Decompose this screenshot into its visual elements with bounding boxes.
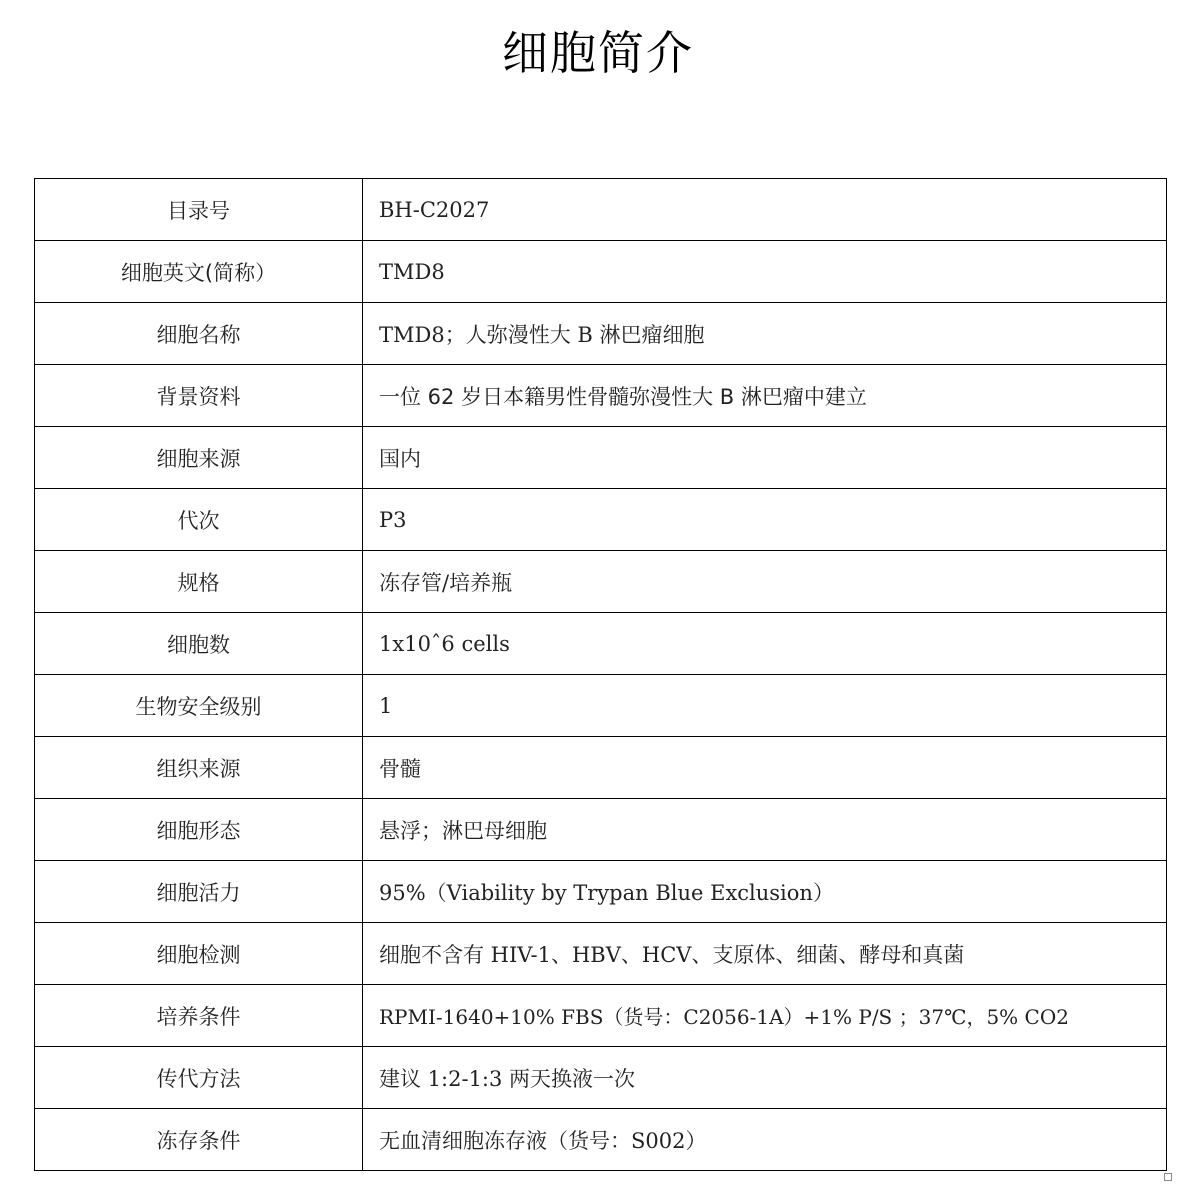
row-label: 细胞来源 <box>35 427 363 489</box>
row-label: 细胞英文(简称） <box>35 241 363 303</box>
cell-info-table: 目录号 BH-C2027 细胞英文(简称） TMD8 细胞名称 TMD8；人弥漫… <box>34 178 1167 1171</box>
row-value: 95%（Viability by Trypan Blue Exclusion） <box>363 861 1167 923</box>
table-row-culture-conditions: 培养条件 RPMI-1640+10% FBS（货号：C2056-1A）+1% P… <box>35 985 1167 1047</box>
row-label: 细胞形态 <box>35 799 363 861</box>
table-row-viability: 细胞活力 95%（Viability by Trypan Blue Exclus… <box>35 861 1167 923</box>
row-value: TMD8；人弥漫性大 B 淋巴瘤细胞 <box>363 303 1167 365</box>
row-value: 1 <box>363 675 1167 737</box>
table-row-passage-method: 传代方法 建议 1:2-1:3 两天换液一次 <box>35 1047 1167 1109</box>
row-label: 细胞活力 <box>35 861 363 923</box>
table-row-cell-source: 细胞来源 国内 <box>35 427 1167 489</box>
row-label: 细胞检测 <box>35 923 363 985</box>
row-value: RPMI-1640+10% FBS（货号：C2056-1A）+1% P/S ；3… <box>363 985 1167 1047</box>
row-label: 传代方法 <box>35 1047 363 1109</box>
row-value: 国内 <box>363 427 1167 489</box>
table-row-cell-count: 细胞数 1x10ˆ6 cells <box>35 613 1167 675</box>
row-value: 1x10ˆ6 cells <box>363 613 1167 675</box>
row-value: 建议 1:2-1:3 两天换液一次 <box>363 1047 1167 1109</box>
row-value: 冻存管/培养瓶 <box>363 551 1167 613</box>
table-row-background: 背景资料 一位 62 岁日本籍男性骨髓弥漫性大 B 淋巴瘤中建立 <box>35 365 1167 427</box>
table-row-testing: 细胞检测 细胞不含有 HIV-1、HBV、HCV、支原体、细菌、酵母和真菌 <box>35 923 1167 985</box>
row-value: BH-C2027 <box>363 179 1167 241</box>
row-label: 目录号 <box>35 179 363 241</box>
table-row-specification: 规格 冻存管/培养瓶 <box>35 551 1167 613</box>
row-value: 悬浮；淋巴母细胞 <box>363 799 1167 861</box>
row-value: 一位 62 岁日本籍男性骨髓弥漫性大 B 淋巴瘤中建立 <box>363 365 1167 427</box>
table-row-cell-name: 细胞名称 TMD8；人弥漫性大 B 淋巴瘤细胞 <box>35 303 1167 365</box>
row-label: 背景资料 <box>35 365 363 427</box>
table-resize-handle[interactable] <box>1164 1173 1172 1181</box>
row-label: 细胞数 <box>35 613 363 675</box>
row-label: 组织来源 <box>35 737 363 799</box>
row-label: 冻存条件 <box>35 1109 363 1171</box>
table-row-morphology: 细胞形态 悬浮；淋巴母细胞 <box>35 799 1167 861</box>
table-row-english-name: 细胞英文(简称） TMD8 <box>35 241 1167 303</box>
table-row-catalog-number: 目录号 BH-C2027 <box>35 179 1167 241</box>
table-row-passage: 代次 P3 <box>35 489 1167 551</box>
row-value: TMD8 <box>363 241 1167 303</box>
row-label: 代次 <box>35 489 363 551</box>
row-label: 生物安全级别 <box>35 675 363 737</box>
row-label: 培养条件 <box>35 985 363 1047</box>
row-value: P3 <box>363 489 1167 551</box>
row-value: 细胞不含有 HIV-1、HBV、HCV、支原体、细菌、酵母和真菌 <box>363 923 1167 985</box>
row-label: 细胞名称 <box>35 303 363 365</box>
row-value: 无血清细胞冻存液（货号：S002） <box>363 1109 1167 1171</box>
table-row-freezing-conditions: 冻存条件 无血清细胞冻存液（货号：S002） <box>35 1109 1167 1171</box>
row-value: 骨髓 <box>363 737 1167 799</box>
row-label: 规格 <box>35 551 363 613</box>
table-row-biosafety-level: 生物安全级别 1 <box>35 675 1167 737</box>
document-title: 细胞简介 <box>0 22 1196 84</box>
table-row-tissue-source: 组织来源 骨髓 <box>35 737 1167 799</box>
